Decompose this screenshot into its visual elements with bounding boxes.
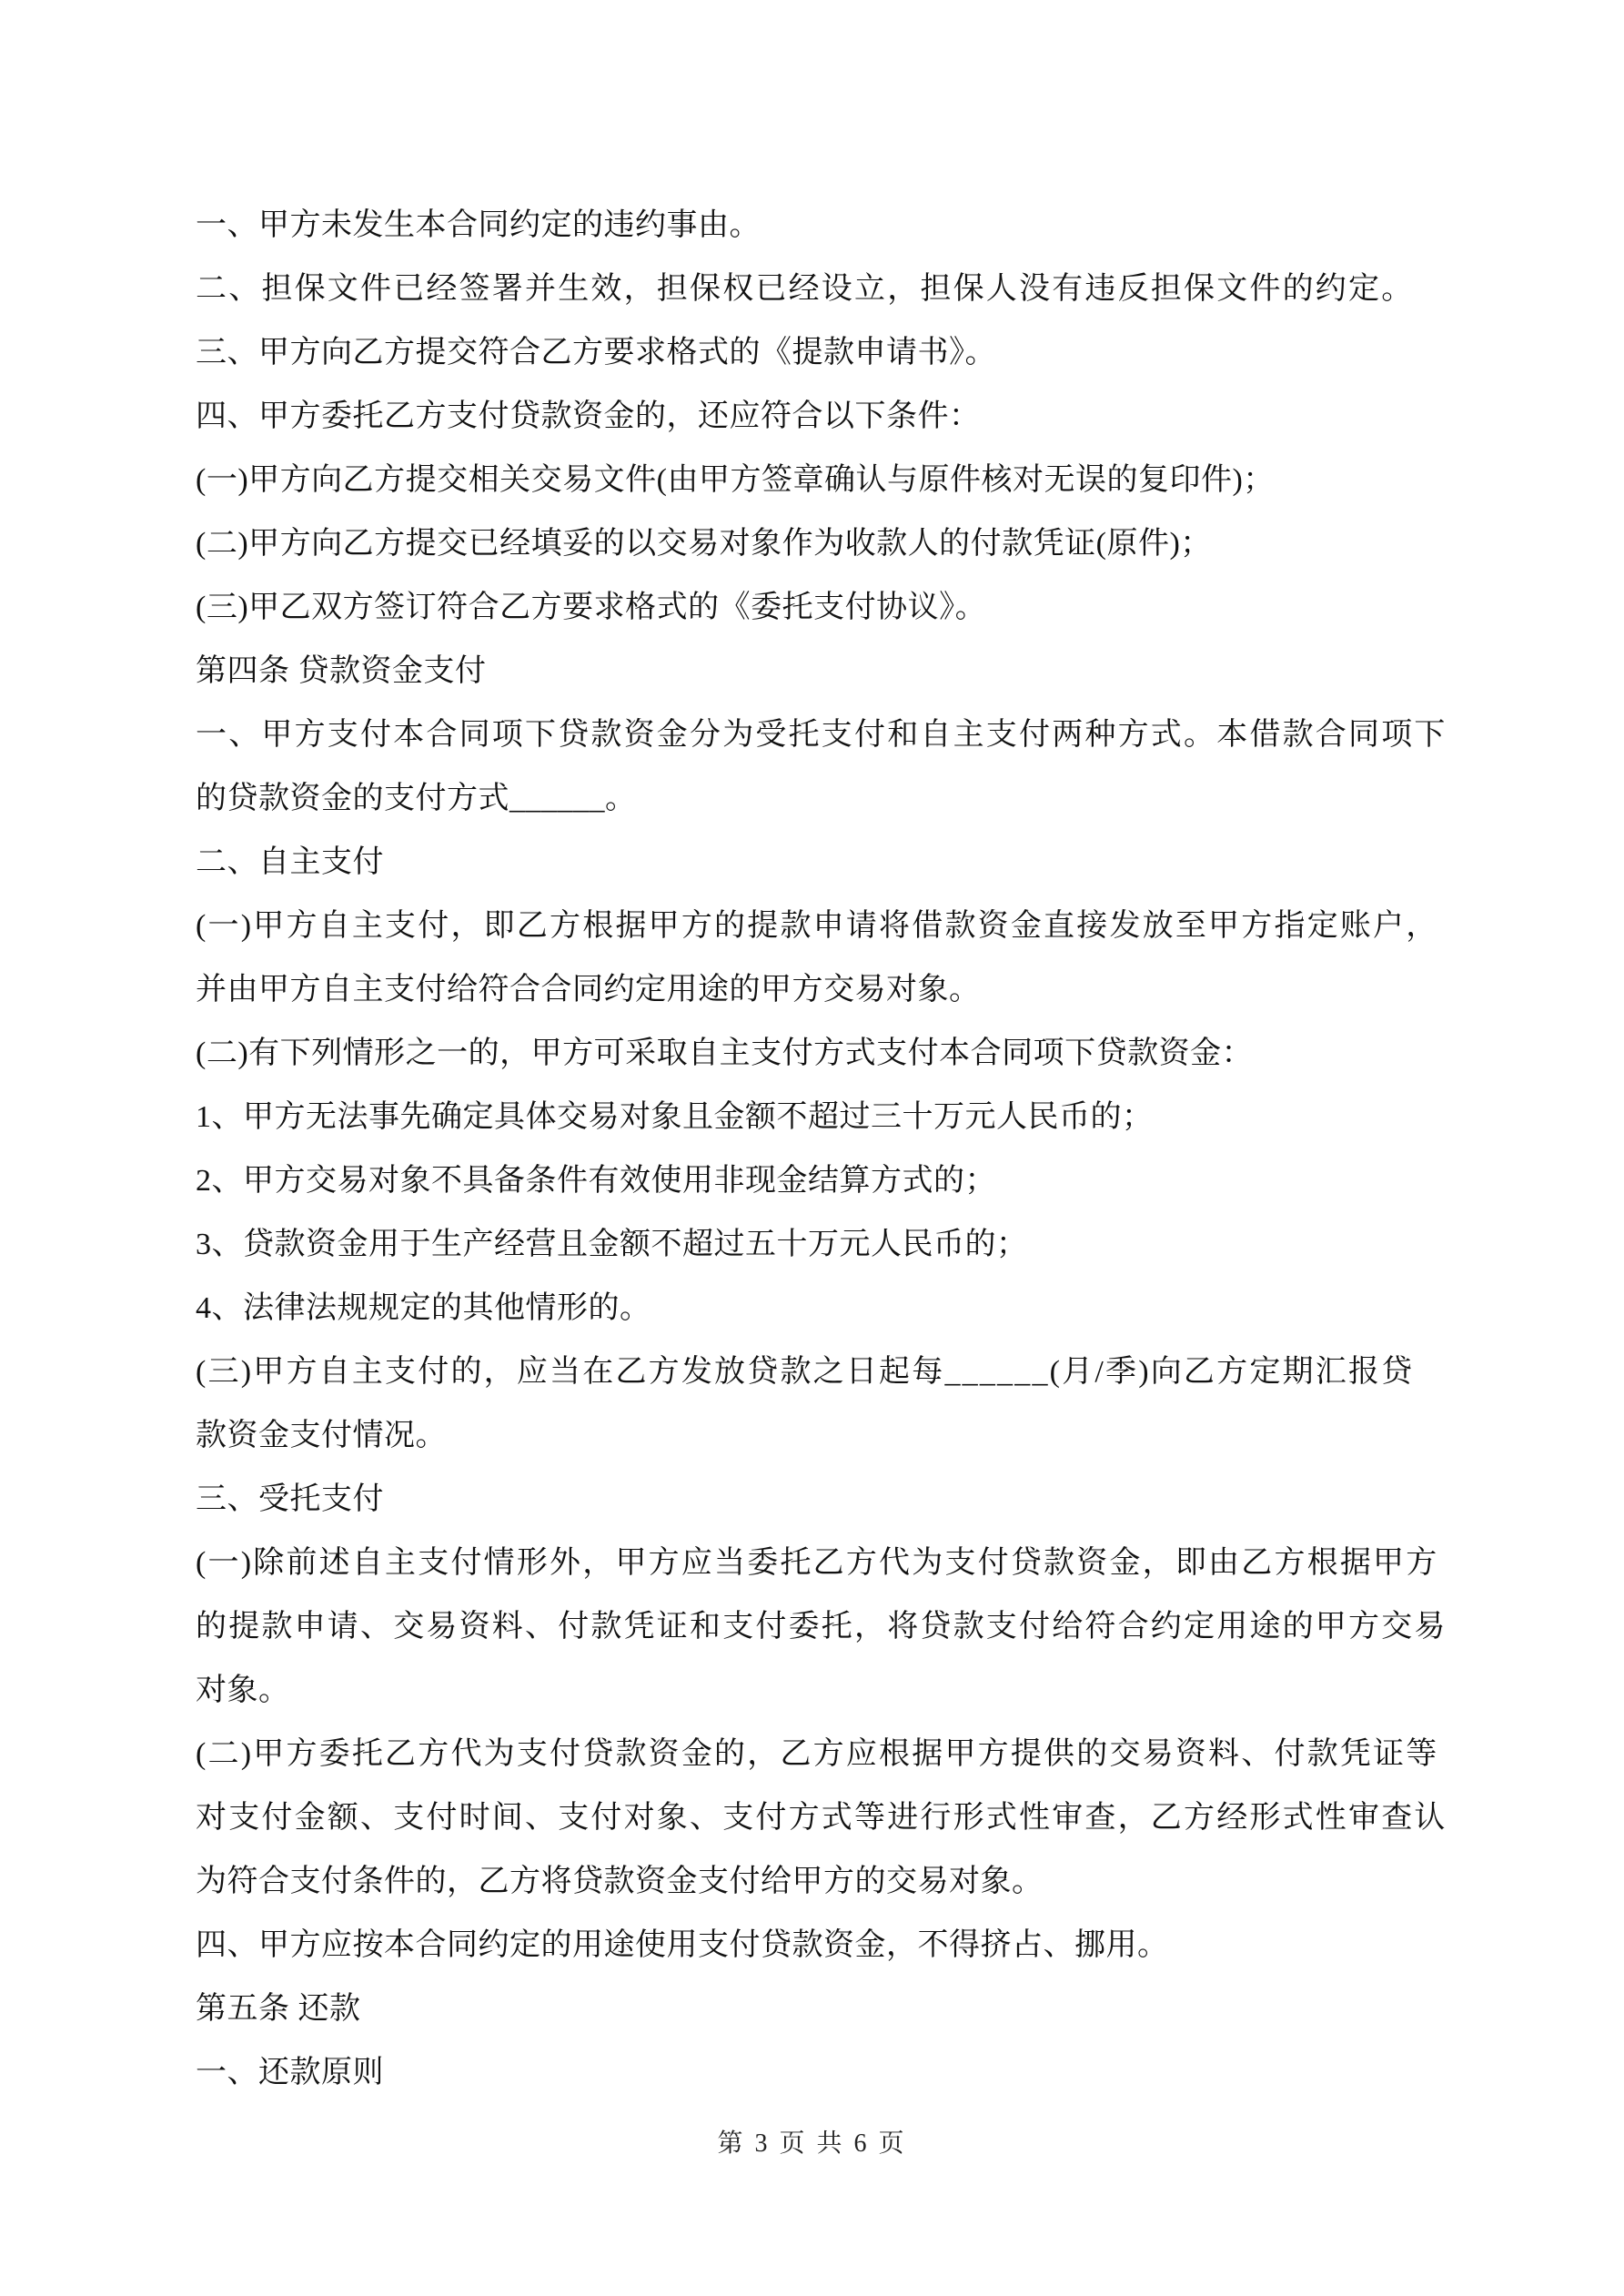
contract-line: 四、甲方委托乙方支付贷款资金的，还应符合以下条件： (196, 385, 1429, 449)
contract-line: 对支付金额、支付时间、支付对象、支付方式等进行形式性审查，乙方经形式性审查认 (196, 1786, 1429, 1850)
contract-line: 对象。 (196, 1659, 1429, 1723)
contract-line: 为符合支付条件的，乙方将贷款资金支付给甲方的交易对象。 (196, 1850, 1429, 1914)
contract-line: 四、甲方应按本合同约定的用途使用支付贷款资金，不得挤占、挪用。 (196, 1914, 1429, 1977)
contract-section-heading: 第五条 还款 (196, 1977, 1429, 2041)
contract-line: 2、甲方交易对象不具备条件有效使用非现金结算方式的； (196, 1149, 1429, 1213)
contract-line: 一、还款原则 (196, 2041, 1429, 2105)
contract-line: 4、法律法规规定的其他情形的。 (196, 1277, 1429, 1340)
contract-line: 的提款申请、交易资料、付款凭证和支付委托，将贷款支付给符合约定用途的甲方交易 (196, 1595, 1429, 1659)
contract-line: (一)除前述自主支付情形外，甲方应当委托乙方代为支付贷款资金，即由乙方根据甲方 (196, 1532, 1429, 1595)
contract-line: (二)甲方向乙方提交已经填妥的以交易对象作为收款人的付款凭证(原件)； (196, 512, 1429, 576)
contract-line: 一、甲方支付本合同项下贷款资金分为受托支付和自主支付两种方式。本借款合同项下 (196, 703, 1429, 767)
contract-line: (二)甲方委托乙方代为支付贷款资金的，乙方应根据甲方提供的交易资料、付款凭证等 (196, 1723, 1429, 1786)
contract-line: 二、自主支付 (196, 831, 1429, 895)
contract-line: 三、受托支付 (196, 1468, 1429, 1532)
contract-line: 一、甲方未发生本合同约定的违约事由。 (196, 194, 1429, 258)
contract-line: (一)甲方向乙方提交相关交易文件(由甲方签章确认与原件核对无误的复印件)； (196, 449, 1429, 512)
contract-line: 并由甲方自主支付给符合合同约定用途的甲方交易对象。 (196, 958, 1429, 1022)
contract-line: 二、担保文件已经签署并生效，担保权已经设立，担保人没有违反担保文件的约定。 (196, 258, 1429, 321)
contract-line-with-blank: 的贷款资金的支付方式______。 (196, 767, 1429, 831)
contract-body: 一、甲方未发生本合同约定的违约事由。 二、担保文件已经签署并生效，担保权已经设立… (196, 194, 1429, 2105)
contract-line: 三、甲方向乙方提交符合乙方要求格式的《提款申请书》。 (196, 321, 1429, 385)
contract-line: 款资金支付情况。 (196, 1404, 1429, 1468)
contract-line: 1、甲方无法事先确定具体交易对象且金额不超过三十万元人民币的； (196, 1086, 1429, 1149)
contract-section-heading: 第四条 贷款资金支付 (196, 640, 1429, 703)
contract-line: (三)甲乙双方签订符合乙方要求格式的《委托支付协议》。 (196, 576, 1429, 640)
contract-line: (一)甲方自主支付，即乙方根据甲方的提款申请将借款资金直接发放至甲方指定账户， (196, 895, 1429, 958)
contract-line-with-blank: (三)甲方自主支付的，应当在乙方发放贷款之日起每______(月/季)向乙方定期… (196, 1340, 1429, 1404)
contract-line: (二)有下列情形之一的，甲方可采取自主支付方式支付本合同项下贷款资金： (196, 1022, 1429, 1086)
page-footer: 第 3 页 共 6 页 (0, 2126, 1624, 2162)
contract-line: 3、贷款资金用于生产经营且金额不超过五十万元人民币的； (196, 1213, 1429, 1277)
page-number-text: 第 3 页 共 6 页 (717, 2129, 906, 2158)
